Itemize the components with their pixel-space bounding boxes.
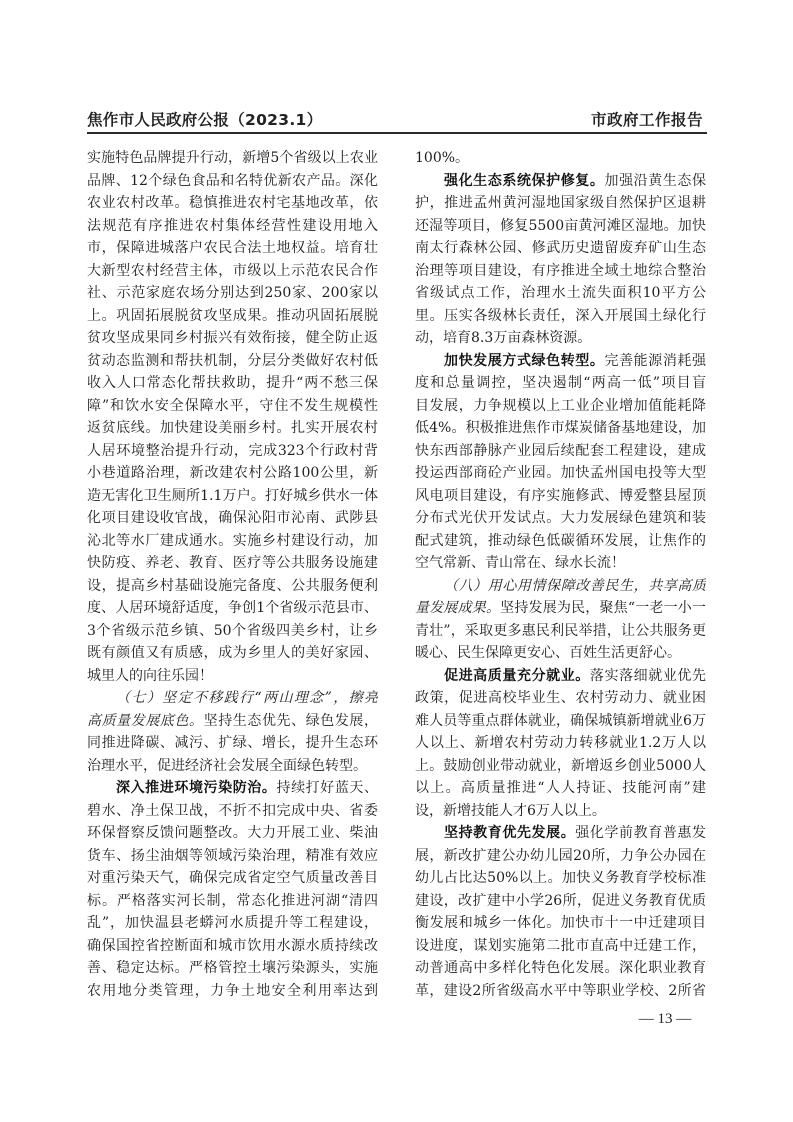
body-text: 100%。 xyxy=(415,150,469,166)
body-text: 设，新增技能人才6万人以上。 xyxy=(415,803,606,819)
left-text-column: 实施特色品牌提升行动，新增5个省级以上农业品牌、12个绿色食品和名特优新农产品。… xyxy=(87,147,378,1002)
body-text: 设，提高乡村基础设施完备度、公共服务便利 xyxy=(87,578,378,594)
text-line: 小巷道路治理，新改建农村公路100公里，新改 xyxy=(87,462,378,485)
text-line: 快防疫、养老、教育、医疗等公共服务设施建 xyxy=(87,552,378,575)
body-text: 收入人口常态化帮扶救助，提升“两不愁三保 xyxy=(87,375,378,391)
body-text: 强化学前教育普惠发 xyxy=(575,825,706,841)
text-line: 沁北等水厂建成通水。实施乡村建设行动，加 xyxy=(87,530,378,553)
text-line: 暖心、民生保障更安心、百姓生活更舒心。 xyxy=(415,642,706,665)
text-line: 分布式光伏开发试点。大力发展绿色建筑和装 xyxy=(415,507,706,530)
text-line: 返贫底线。加快建设美丽乡村。扎实开展农村 xyxy=(87,417,378,440)
right-text-column: 100%。强化生态系统保护修复。加强沿黄生态保护，推进孟州黄河湿地国家级自然保护… xyxy=(415,147,706,1002)
text-line: 设，提高乡村基础设施完备度、公共服务便利 xyxy=(87,575,378,598)
text-line: 革，建设2所省级高水平中等职业学校、2所省级 xyxy=(415,980,706,1003)
text-line: 100%。 xyxy=(415,147,706,170)
section-heading-text: 量发展成果。 xyxy=(415,600,500,616)
text-line: 高质量发展底色。坚持生态优先、绿色发展，协 xyxy=(87,710,378,733)
body-text: 标。严格落实河长制，常态化推进河湖“清四 xyxy=(87,893,378,909)
body-text: 加强沿黄生态保 xyxy=(604,173,706,189)
text-line: 农用地分类管理，力争土地安全利用率达到 xyxy=(87,980,378,1003)
body-text: 低4%。积极推进焦作市煤炭储备基地建设，加 xyxy=(415,420,706,436)
body-text: 碧水、净土保卫战，不折不扣完成中央、省委 xyxy=(87,803,378,819)
body-text: 农业农村改革。稳慎推进农村宅基地改革，依 xyxy=(87,195,378,211)
body-text: 空气常新、青山常在、绿水长流！ xyxy=(415,555,625,571)
text-line: 深入推进环境污染防治。持续打好蓝天、 xyxy=(87,777,378,800)
running-header: 焦作市人民政府公报（2023.1） 市政府工作报告 xyxy=(87,106,707,134)
text-line: 还湿等项目，修复5500亩黄河滩区湿地。加快 xyxy=(415,215,706,238)
section-heading-text: （八）用心用情保障改善民生，共享高质 xyxy=(444,578,706,594)
body-text: 治理等项目建设，有序推进全域土地综合整治 xyxy=(415,263,706,279)
body-text: 展，新改扩建公办幼儿园20所，力争公办园在园 xyxy=(415,848,706,868)
body-text: 政策，促进高校毕业生、农村劳动力、就业困 xyxy=(415,690,706,706)
text-line: 品牌、12个绿色食品和名特优新农产品。深化 xyxy=(87,170,378,193)
text-line: 促进高质量充分就业。落实落细就业优先 xyxy=(415,665,706,688)
body-text: 配式建筑，推动绿色低碳循环发展，让焦作的 xyxy=(415,533,706,549)
body-text: 市，保障进城落户农民合法土地权益。培育壮 xyxy=(87,240,378,256)
text-line: 障”和饮水安全保障水平，守住不发生规模性 xyxy=(87,395,378,418)
text-line: 市，保障进城落户农民合法土地权益。培育壮 xyxy=(87,237,378,260)
body-text: 确保国控省控断面和城市饮用水源水质持续改 xyxy=(87,938,378,954)
body-text: 快东西部静脉产业园后续配套工程建设，建成 xyxy=(415,443,706,459)
bold-lead-phrase: 深入推进环境污染防治。 xyxy=(116,780,276,796)
body-text: 乱”，加快温县老蟒河水质提升等工程建设， xyxy=(87,915,378,931)
text-line: 同推进降碳、减污、扩绿、增长，提升生态环境 xyxy=(87,732,378,755)
text-line: 快东西部静脉产业园后续配套工程建设，建成 xyxy=(415,440,706,463)
body-text: 分布式光伏开发试点。大力发展绿色建筑和装 xyxy=(415,510,706,526)
text-line: 加快发展方式绿色转型。完善能源消耗强 xyxy=(415,350,706,373)
body-text: 还湿等项目，修复5500亩黄河滩区湿地。加快 xyxy=(415,218,706,234)
text-line: 城里人的向往乐园！ xyxy=(87,665,378,688)
body-text: 实施特色品牌提升行动，新增5个省级以上农业 xyxy=(87,150,378,166)
body-text: 目发展，力争规模以上工业企业增加值能耗降 xyxy=(415,398,706,414)
text-line: 人以上、新增农村劳动力转移就业1.2万人以 xyxy=(415,732,706,755)
text-line: 治理水平，促进经济社会发展全面绿色转型。 xyxy=(87,755,378,778)
text-line: 配式建筑，推动绿色低碳循环发展，让焦作的 xyxy=(415,530,706,553)
body-text: 南太行森林公园、修武历史遗留废弃矿山生态 xyxy=(415,240,706,256)
text-line: 空气常新、青山常在、绿水长流！ xyxy=(415,552,706,575)
body-text: 人居环境整治提升行动，完成323个行政村背街 xyxy=(87,443,378,463)
bold-lead-phrase: 坚持教育优先发展。 xyxy=(444,825,575,841)
body-text: 落实落细就业优先 xyxy=(590,668,706,684)
body-text: 大新型农村经营主体，市级以上示范农民合作 xyxy=(87,263,378,279)
bold-lead-phrase: 促进高质量充分就业。 xyxy=(444,668,590,684)
body-text: 完善能源消耗强 xyxy=(604,353,706,369)
body-text: 品牌、12个绿色食品和名特优新农产品。深化 xyxy=(87,173,378,189)
body-text: 度和总量调控，坚决遏制“两高一低”项目盲 xyxy=(415,375,706,391)
text-line: 上。巩固拓展脱贫攻坚成果。推动巩固拓展脱 xyxy=(87,305,378,328)
text-line: 社、示范家庭农场分别达到250家、200家以 xyxy=(87,282,378,305)
text-line: 乱”，加快温县老蟒河水质提升等工程建设， xyxy=(87,912,378,935)
body-text: 投运西部商砼产业园。加快孟州国电投等大型 xyxy=(415,465,706,481)
text-line: 建设，改扩建中小学26所，促进义务教育优质均 xyxy=(415,890,706,913)
body-text: 衡发展和城乡一体化。加快市十一中迁建项目建 xyxy=(415,915,706,935)
text-line: 农业农村改革。稳慎推进农村宅基地改革，依 xyxy=(87,192,378,215)
body-text: 对重污染天气，确保完成省定空气质量改善目 xyxy=(87,870,378,886)
text-line: 目发展，力争规模以上工业企业增加值能耗降 xyxy=(415,395,706,418)
body-text: 善、稳定达标。严格管控土壤污染源头，实施 xyxy=(87,960,378,976)
bold-lead-phrase: 加快发展方式绿色转型。 xyxy=(444,353,604,369)
text-line: 善、稳定达标。严格管控土壤污染源头，实施 xyxy=(87,957,378,980)
body-text: 同推进降碳、减污、扩绿、增长，提升生态环境 xyxy=(87,735,378,755)
body-text: 环保督察反馈问题整改。大力开展工业、柴油 xyxy=(87,825,378,841)
body-text: 造无害化卫生厕所1.1万户。打好城乡供水一体 xyxy=(87,488,378,504)
text-line: 以上。高质量推进“人人持证、技能河南”建 xyxy=(415,777,706,800)
text-line: 对重污染天气，确保完成省定空气质量改善目 xyxy=(87,867,378,890)
text-line: 大新型农村经营主体，市级以上示范农民合作 xyxy=(87,260,378,283)
section-title: 市政府工作报告 xyxy=(591,108,703,130)
text-line: 3个省级示范乡镇、50个省级四美乡村，让乡村 xyxy=(87,620,378,643)
text-line: 实施特色品牌提升行动，新增5个省级以上农业 xyxy=(87,147,378,170)
text-line: 政策，促进高校毕业生、农村劳动力、就业困 xyxy=(415,687,706,710)
page-number: — 13 — xyxy=(620,1011,710,1028)
body-text: 建设，改扩建中小学26所，促进义务教育优质均 xyxy=(415,893,706,913)
section-heading-text: 高质量发展底色。 xyxy=(87,713,204,729)
text-line: 量发展成果。坚持发展为民，聚焦“一老一小一 xyxy=(415,597,706,620)
body-text: 设进度，谋划实施第二批市直高中迁建工作，推 xyxy=(415,938,706,958)
body-text: 化项目建设收官战，确保沁阳市沁南、武陟县 xyxy=(87,510,378,526)
text-line: 护，推进孟州黄河湿地国家级自然保护区退耕 xyxy=(415,192,706,215)
text-line: 青壮”，采取更多惠民利民举措，让公共服务更 xyxy=(415,620,706,643)
text-line: （八）用心用情保障改善民生，共享高质 xyxy=(415,575,706,598)
bold-lead-phrase: 强化生态系统保护修复。 xyxy=(444,173,604,189)
text-line: 确保国控省控断面和城市饮用水源水质持续改 xyxy=(87,935,378,958)
text-line: 人居环境整治提升行动，完成323个行政村背街 xyxy=(87,440,378,463)
body-text: 动普通高中多样化特色化发展。深化职业教育改 xyxy=(415,960,706,980)
text-line: 上。鼓励创业带动就业，新增返乡创业5000人 xyxy=(415,755,706,778)
body-text: 治理水平，促进经济社会发展全面绿色转型。 xyxy=(87,758,367,774)
body-text: 度、人居环境舒适度，争创1个省级示范县市、 xyxy=(87,600,378,616)
text-line: 展，新改扩建公办幼儿园20所，力争公办园在园 xyxy=(415,845,706,868)
body-text: 革，建设2所省级高水平中等职业学校、2所省级 xyxy=(415,983,706,1003)
text-line: 难人员等重点群体就业，确保城镇新增就业6万 xyxy=(415,710,706,733)
text-line: 度、人居环境舒适度，争创1个省级示范县市、 xyxy=(87,597,378,620)
body-text: 既有颜值又有质感，成为乡里人的美好家园、 xyxy=(87,645,378,661)
body-text: 坚持发展为民，聚焦“一老一小一 xyxy=(500,600,706,616)
body-text: 里。压实各级林长责任，深入开展国土绿化行 xyxy=(415,308,706,324)
body-text: 法规范有序推进农村集体经营性建设用地入 xyxy=(87,218,378,234)
body-text: 返贫底线。加快建设美丽乡村。扎实开展农村 xyxy=(87,420,378,436)
body-text: 上。巩固拓展脱贫攻坚成果。推动巩固拓展脱 xyxy=(87,308,378,324)
body-text: 社、示范家庭农场分别达到250家、200家以 xyxy=(87,285,378,301)
text-line: 衡发展和城乡一体化。加快市十一中迁建项目建 xyxy=(415,912,706,935)
body-text: 持续打好蓝天、 xyxy=(276,780,378,796)
text-line: 造无害化卫生厕所1.1万户。打好城乡供水一体 xyxy=(87,485,378,508)
text-line: 贫攻坚成果同乡村振兴有效衔接，健全防止返 xyxy=(87,327,378,350)
body-text: 上。鼓励创业带动就业，新增返乡创业5000人 xyxy=(415,758,706,774)
body-text: 难人员等重点群体就业，确保城镇新增就业6万 xyxy=(415,713,706,729)
body-text: 3个省级示范乡镇、50个省级四美乡村，让乡村 xyxy=(87,623,378,643)
body-text: 护，推进孟州黄河湿地国家级自然保护区退耕 xyxy=(415,195,706,211)
text-line: 贫动态监测和帮扶机制，分层分类做好农村低 xyxy=(87,350,378,373)
text-line: 度和总量调控，坚决遏制“两高一低”项目盲 xyxy=(415,372,706,395)
text-line: 既有颜值又有质感，成为乡里人的美好家园、 xyxy=(87,642,378,665)
text-line: （七）坚定不移践行“两山理念”，擦亮 xyxy=(87,687,378,710)
body-text: 以上。高质量推进“人人持证、技能河南”建 xyxy=(415,780,706,796)
text-line: 里。压实各级林长责任，深入开展国土绿化行 xyxy=(415,305,706,328)
body-text: 青壮”，采取更多惠民利民举措，让公共服务更 xyxy=(415,623,706,639)
body-text: 幼儿占比达50%以上。加快义务教育学校标准化 xyxy=(415,870,706,890)
text-line: 货车、扬尘油烟等领域污染治理，精准有效应 xyxy=(87,845,378,868)
text-line: 收入人口常态化帮扶救助，提升“两不愁三保 xyxy=(87,372,378,395)
text-line: 治理等项目建设，有序推进全域土地综合整治 xyxy=(415,260,706,283)
body-text: 风电项目建设，有序实施修武、博爱整县屋顶 xyxy=(415,488,706,504)
body-text: 省级试点工作，治理水土流失面积10平方公 xyxy=(415,285,706,301)
body-text: 小巷道路治理，新改建农村公路100公里，新改 xyxy=(87,465,378,485)
text-line: 设进度，谋划实施第二批市直高中迁建工作，推 xyxy=(415,935,706,958)
text-line: 省级试点工作，治理水土流失面积10平方公 xyxy=(415,282,706,305)
body-text: 沁北等水厂建成通水。实施乡村建设行动，加 xyxy=(87,533,378,549)
text-line: 强化生态系统保护修复。加强沿黄生态保 xyxy=(415,170,706,193)
body-text: 城里人的向往乐园！ xyxy=(87,668,213,684)
publication-title: 焦作市人民政府公报（2023.1） xyxy=(87,108,322,130)
text-line: 动，培育8.3万亩森林资源。 xyxy=(415,327,706,350)
body-text: 货车、扬尘油烟等领域污染治理，精准有效应 xyxy=(87,848,378,864)
text-line: 法规范有序推进农村集体经营性建设用地入 xyxy=(87,215,378,238)
body-text: 农用地分类管理，力争土地安全利用率达到 xyxy=(87,983,378,999)
text-line: 投运西部商砼产业园。加快孟州国电投等大型 xyxy=(415,462,706,485)
body-text: 人以上、新增农村劳动力转移就业1.2万人以 xyxy=(415,735,706,751)
body-text: 贫攻坚成果同乡村振兴有效衔接，健全防止返 xyxy=(87,330,378,346)
text-line: 化项目建设收官战，确保沁阳市沁南、武陟县 xyxy=(87,507,378,530)
body-text: 动，培育8.3万亩森林资源。 xyxy=(415,330,591,346)
text-line: 南太行森林公园、修武历史遗留废弃矿山生态 xyxy=(415,237,706,260)
text-line: 标。严格落实河长制，常态化推进河湖“清四 xyxy=(87,890,378,913)
text-line: 幼儿占比达50%以上。加快义务教育学校标准化 xyxy=(415,867,706,890)
text-line: 碧水、净土保卫战，不折不扣完成中央、省委 xyxy=(87,800,378,823)
text-line: 风电项目建设，有序实施修武、博爱整县屋顶 xyxy=(415,485,706,508)
text-line: 低4%。积极推进焦作市煤炭储备基地建设，加 xyxy=(415,417,706,440)
body-text: 快防疫、养老、教育、医疗等公共服务设施建 xyxy=(87,555,378,571)
text-line: 坚持教育优先发展。强化学前教育普惠发 xyxy=(415,822,706,845)
text-line: 设，新增技能人才6万人以上。 xyxy=(415,800,706,823)
text-line: 环保督察反馈问题整改。大力开展工业、柴油 xyxy=(87,822,378,845)
body-text: 暖心、民生保障更安心、百姓生活更舒心。 xyxy=(415,645,681,661)
body-text: 贫动态监测和帮扶机制，分层分类做好农村低 xyxy=(87,353,378,369)
section-heading-text: （七）坚定不移践行“两山理念”，擦亮 xyxy=(116,690,378,706)
text-line: 动普通高中多样化特色化发展。深化职业教育改 xyxy=(415,957,706,980)
body-text: 障”和饮水安全保障水平，守住不发生规模性 xyxy=(87,398,378,414)
